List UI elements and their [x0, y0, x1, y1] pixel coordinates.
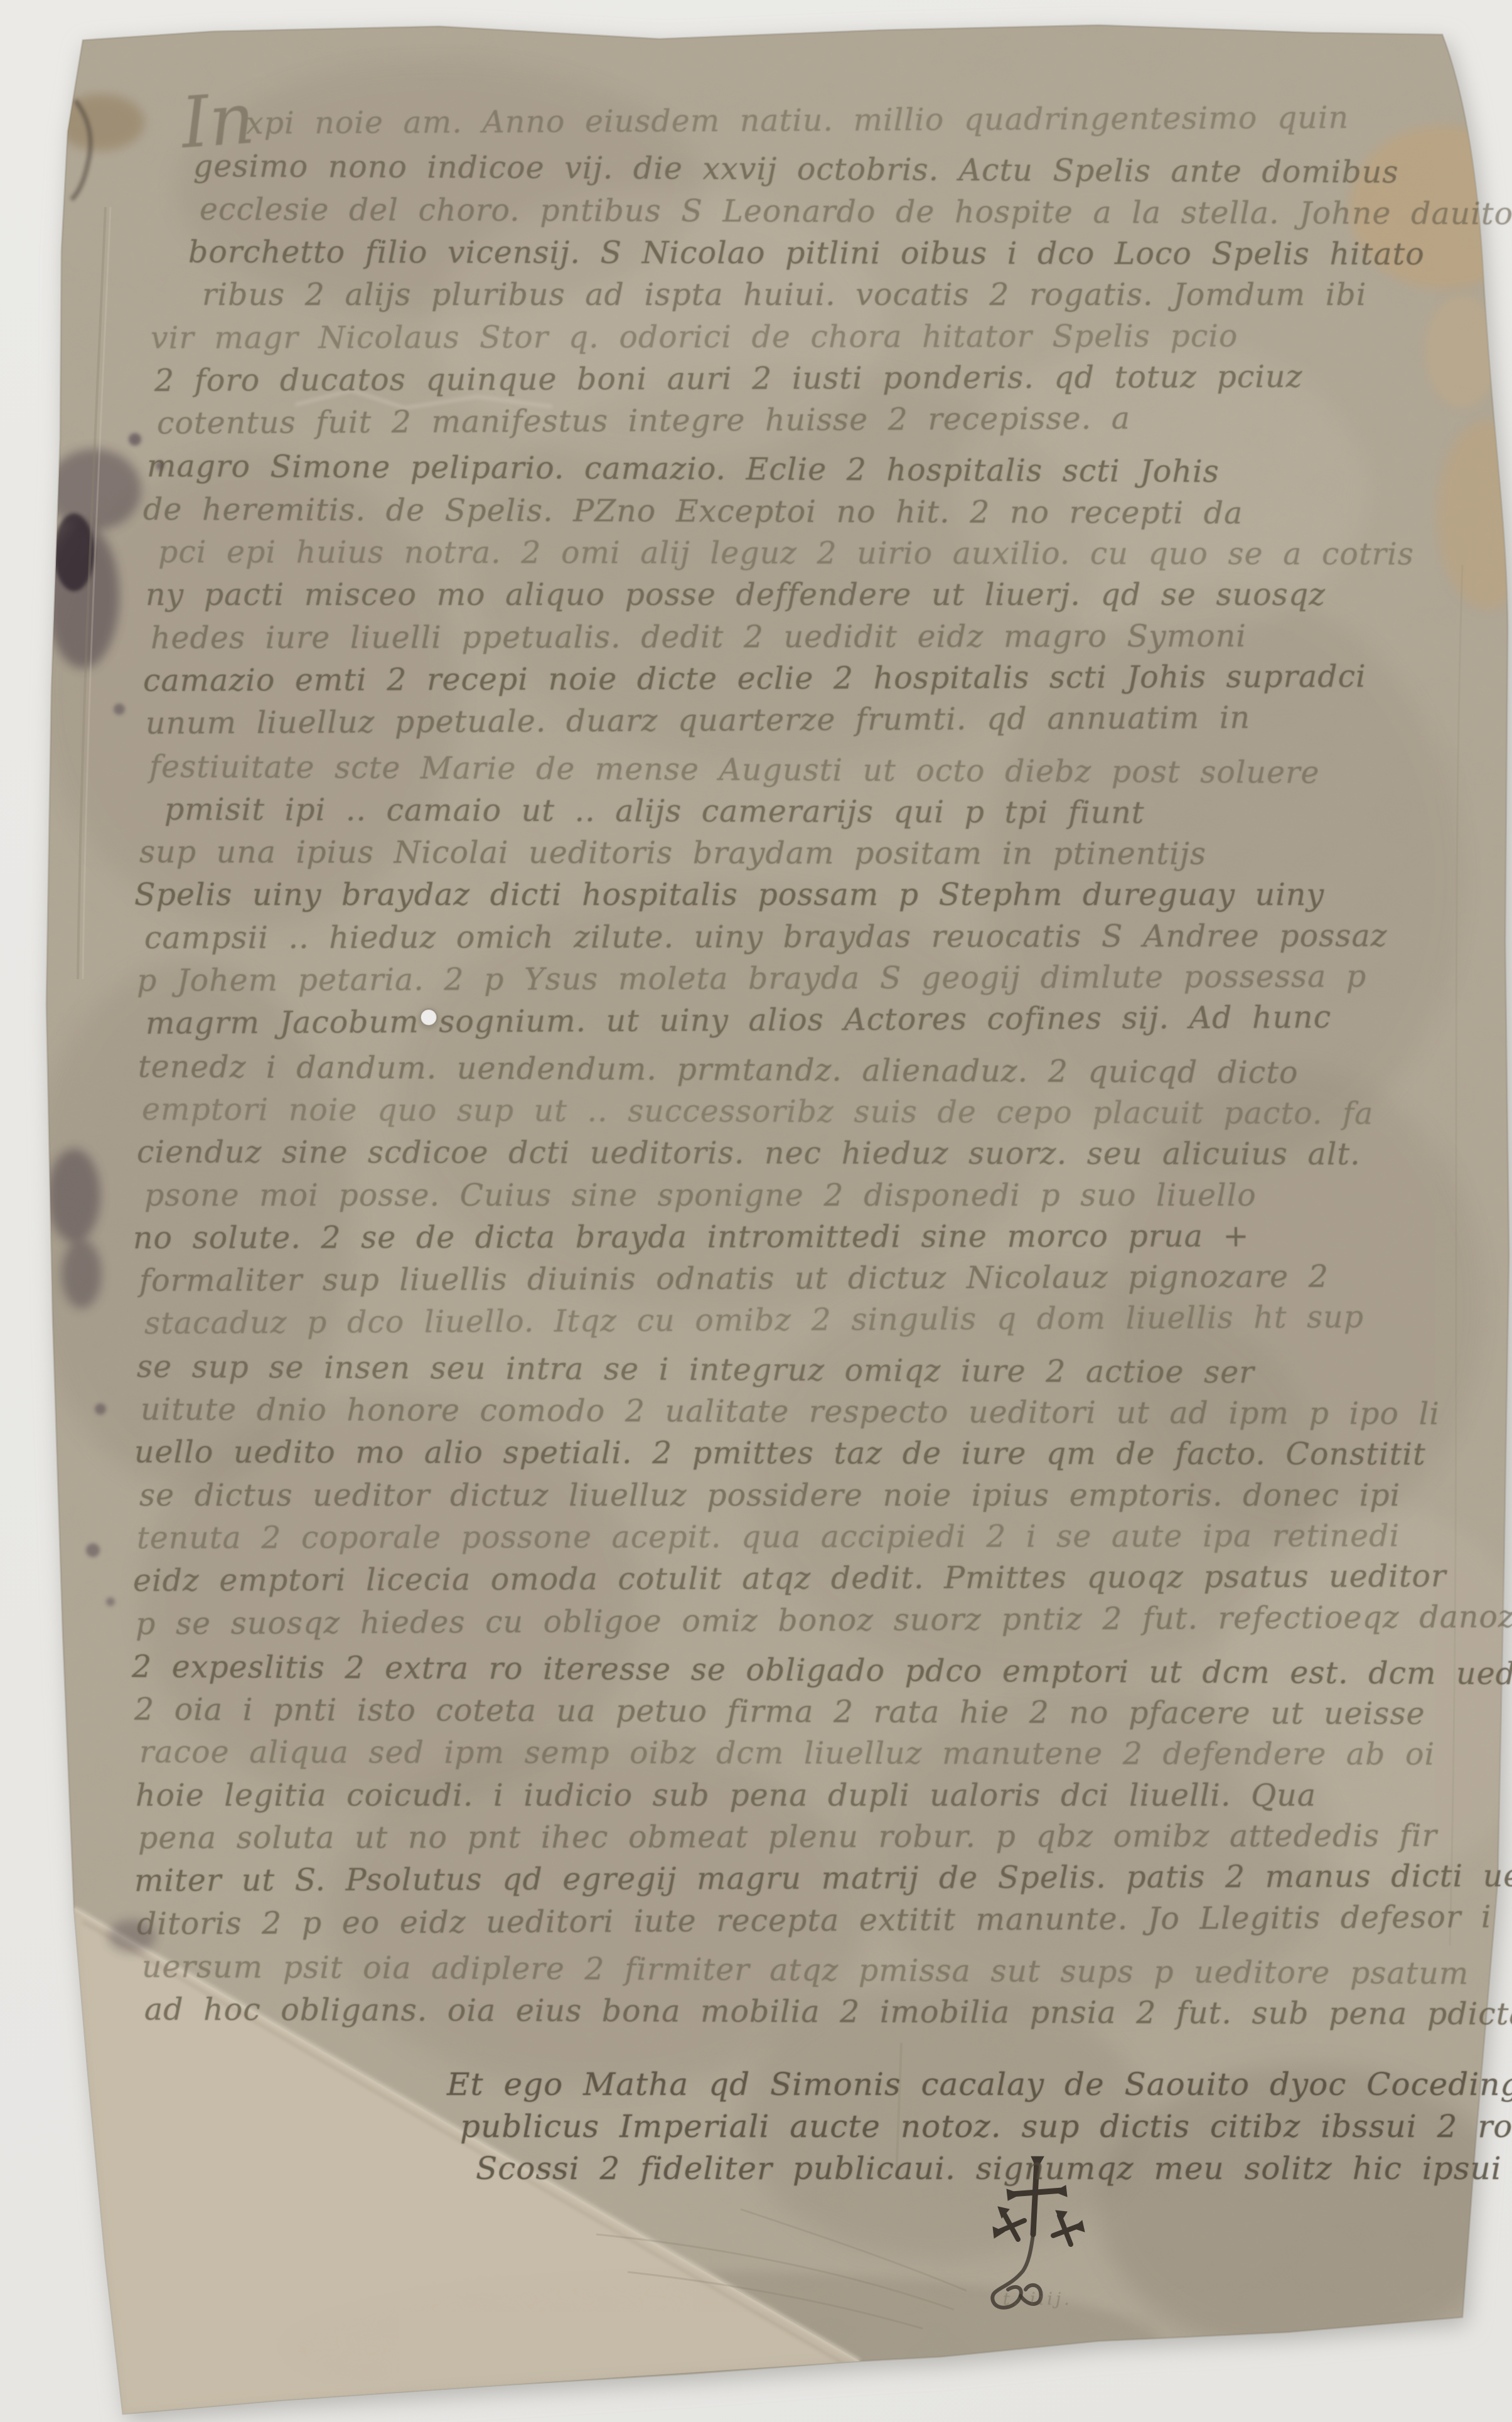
invocation-initial: In [179, 78, 257, 164]
signum-caption: t. iiij. [1003, 2290, 1073, 2309]
photograph-of-parchment-deed: In xpi noie am. Anno eiusdem natiu. mill… [0, 0, 1512, 2422]
parchment-artwork [0, 0, 1512, 2422]
worm-hole-icon [418, 1008, 439, 1029]
